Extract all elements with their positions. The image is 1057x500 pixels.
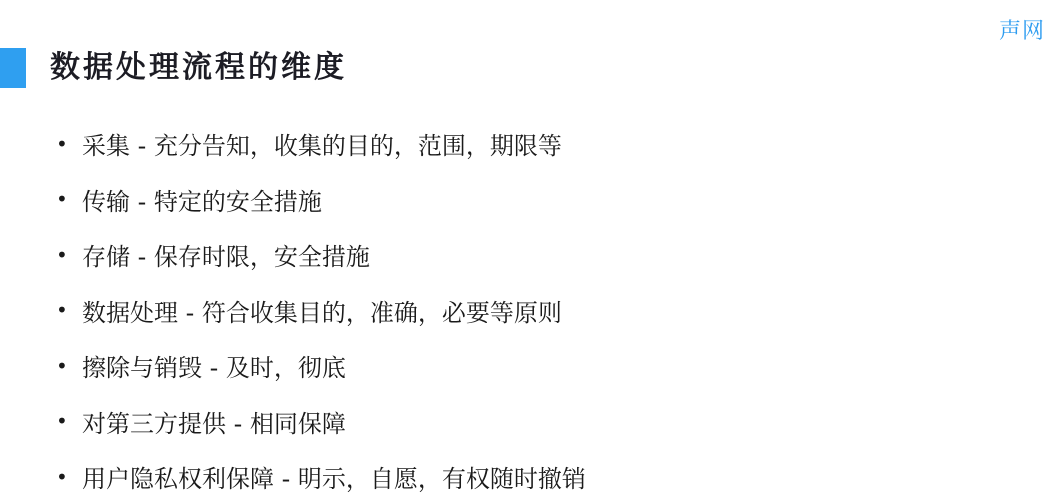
- bullet-dot-icon: •: [56, 132, 82, 156]
- bullet-item: •对第三方提供 - 相同保障: [56, 394, 586, 450]
- bullet-text: 采集 - 充分告知，收集的目的，范围，期限等: [82, 126, 562, 161]
- bullet-item: •传输 - 特定的安全措施: [56, 172, 586, 228]
- bullet-item: •采集 - 充分告知，收集的目的，范围，期限等: [56, 116, 586, 172]
- bullet-list: •采集 - 充分告知，收集的目的，范围，期限等 •传输 - 特定的安全措施 •存…: [56, 116, 586, 500]
- bullet-item: •存储 - 保存时限，安全措施: [56, 227, 586, 283]
- bullet-text: 存储 - 保存时限，安全措施: [82, 237, 370, 272]
- bullet-text: 用户隐私权利保障 - 明示，自愿，有权随时撤销: [82, 459, 586, 494]
- bullet-text: 数据处理 - 符合收集目的，准确，必要等原则: [82, 293, 562, 328]
- title-accent-bar: [0, 48, 26, 88]
- slide-title: 数据处理流程的维度: [50, 48, 347, 88]
- bullet-dot-icon: •: [56, 465, 82, 489]
- bullet-item: •数据处理 - 符合收集目的，准确，必要等原则: [56, 283, 586, 339]
- bullet-item: •擦除与销毁 - 及时，彻底: [56, 338, 586, 394]
- bullet-item: •用户隐私权利保障 - 明示，自愿，有权随时撤销: [56, 449, 586, 500]
- brand-logo: 声网: [999, 14, 1045, 45]
- bullet-dot-icon: •: [56, 243, 82, 267]
- bullet-text: 对第三方提供 - 相同保障: [82, 404, 346, 439]
- bullet-dot-icon: •: [56, 409, 82, 433]
- bullet-dot-icon: •: [56, 187, 82, 211]
- bullet-dot-icon: •: [56, 354, 82, 378]
- bullet-dot-icon: •: [56, 298, 82, 322]
- bullet-text: 擦除与销毁 - 及时，彻底: [82, 348, 346, 383]
- bullet-text: 传输 - 特定的安全措施: [82, 182, 322, 217]
